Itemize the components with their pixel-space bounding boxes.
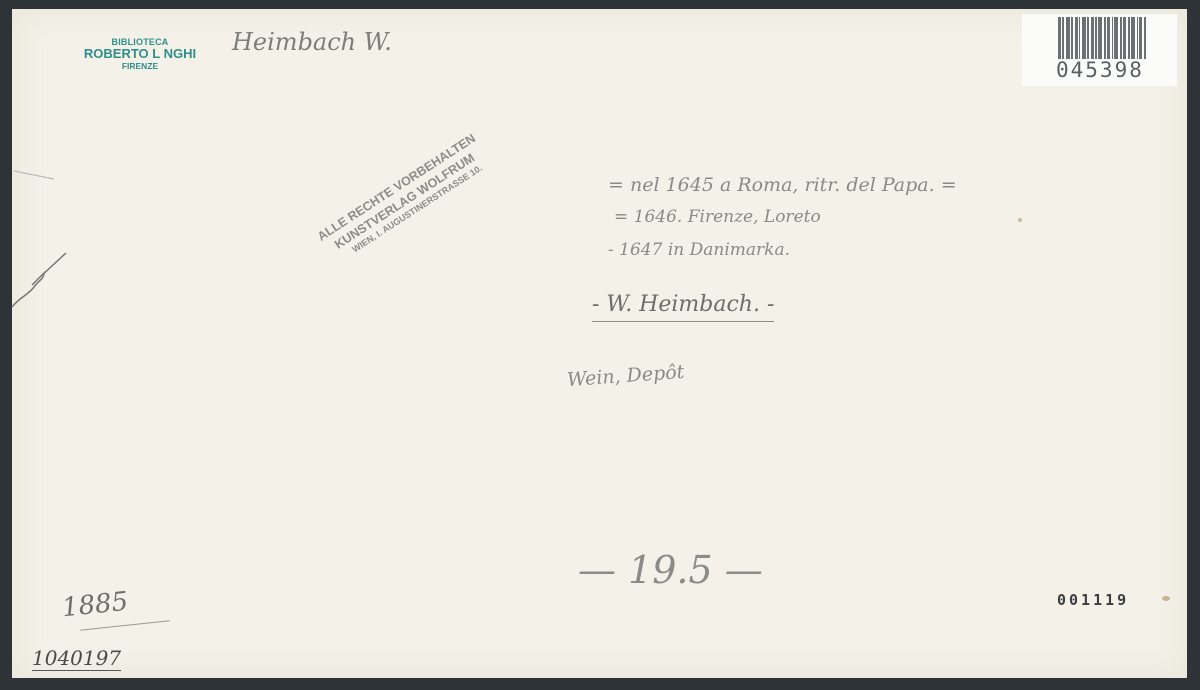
pencil-number-2: 1040197 <box>32 646 121 671</box>
note-line-2: = 1646. Firenze, Loreto <box>614 207 821 227</box>
pencil-stroke-icon <box>12 165 72 185</box>
library-stamp: BIBLIOTECA ROBERTO L NGHI FIRENZE <box>75 37 205 72</box>
barcode-icon <box>1058 17 1152 59</box>
barcode-label: 045398 <box>1022 14 1177 86</box>
stain-mark <box>1162 596 1170 601</box>
note-line-3: - 1647 in Danimarka. <box>608 240 790 260</box>
library-stamp-line2: ROBERTO L NGHI <box>75 47 205 62</box>
barcode-number: 045398 <box>1056 58 1144 82</box>
artist-heading: Heimbach W. <box>232 28 392 56</box>
signature: - W. Heimbach. - <box>592 292 774 322</box>
pencil-mark-icon <box>10 245 70 315</box>
note-line-1: = nel 1645 a Roma, ritr. del Papa. = <box>608 174 957 196</box>
stain-dot <box>1018 218 1022 222</box>
library-stamp-line3: FIRENZE <box>75 62 205 72</box>
inventory-number: 001119 <box>1057 591 1129 609</box>
dimension-note: — 19.5 — <box>578 548 763 592</box>
